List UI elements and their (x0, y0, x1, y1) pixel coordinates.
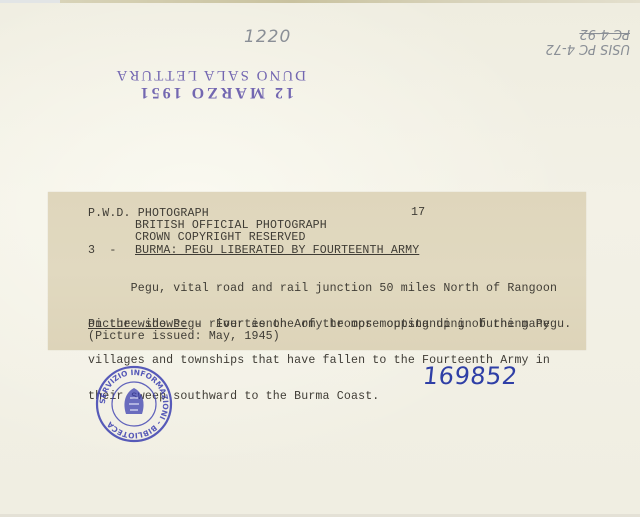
typed-caption-strip: P.W.D. PHOTOGRAPH BRITISH OFFICIAL PHOTO… (48, 192, 586, 350)
caption-copyright-line: CROWN COPYRIGHT RESERVED (135, 232, 306, 244)
caption-headline: BURMA: PEGU LIBERATED BY FOURTEENTH ARMY (135, 245, 419, 257)
pencil-reference-note: USIS PC 4-72 PC 4-92 (520, 26, 630, 56)
caption-index: 3 - (88, 245, 116, 257)
sheet-top-edge (60, 0, 640, 3)
photo-back-sheet: 1220 USIS PC 4-72 PC 4-92 12 MARZO 1951 … (0, 0, 640, 517)
caption-issued-date: (Picture issued: May, 1945) (88, 331, 280, 343)
date-received-stamp: 12 MARZO 1951 DUNO SALA LETTURA (92, 66, 312, 103)
pencil-reference-line1: USIS PC 4-72 (520, 41, 630, 56)
stamp-office-line: DUNO SALA LETTURA (92, 66, 312, 83)
pencil-reference-line2: PC 4-92 (520, 26, 630, 41)
scan-edge (0, 0, 60, 3)
seal-emblem-icon: SERVIZIO INFORMAZIONI - BIBLIOTECA (94, 364, 174, 444)
stamp-date-line: 12 MARZO 1951 (92, 83, 312, 101)
pencil-accession-note: 1220 (244, 27, 291, 47)
library-seal-stamp: SERVIZIO INFORMAZIONI - BIBLIOTECA (94, 364, 174, 444)
caption-number: 17 (411, 207, 425, 219)
inventory-number: 169852 (422, 362, 520, 390)
caption-body-line: Pegu, vital road and rail junction 50 mi… (88, 283, 557, 295)
